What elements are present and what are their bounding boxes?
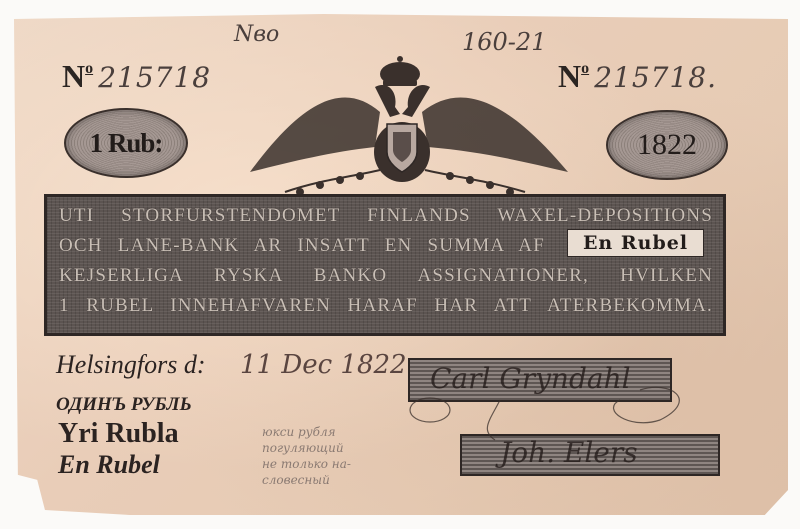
pencil-note-line: не только на- — [262, 456, 351, 472]
serial-right: No 215718. — [558, 58, 717, 95]
denomination-oval: 1 Rub: — [64, 108, 188, 178]
signature-flourish — [400, 380, 720, 460]
place-label: Helsingfors d: — [56, 350, 206, 380]
pencil-note-line: словесный — [262, 472, 351, 488]
swedish-denomination: En Rubel — [58, 450, 160, 480]
panel-line-3: KEJSERLIGA RYSKA BANKO ASSIGNATIONER, HV… — [59, 265, 713, 291]
year-text: 1822 — [637, 128, 697, 162]
finnish-denomination: Yri Rubla — [58, 418, 179, 450]
panel-line-4: 1 RUBEL INNEHAFVAREN HARAF HAR ATT ATERB… — [59, 295, 713, 321]
panel-line-2: OCH LANE-BANK AR INSATT EN SUMMA AF — [59, 235, 545, 261]
russian-denomination: Одинъ рубль — [56, 394, 192, 416]
pencil-note: юкси рубля погуляющий не только на- слов… — [262, 424, 351, 488]
handwritten-mark-top-left: Nво — [234, 22, 279, 47]
text-panel: UTI STORFURSTENDOMET FINLANDS WAXEL-DEPO… — [44, 194, 726, 336]
year-oval: 1822 — [606, 110, 728, 180]
pencil-note-line: юкси рубля — [262, 424, 351, 440]
date-handwritten: 11 Dec 1822 — [240, 350, 407, 380]
denomination-text: 1 Rub: — [90, 128, 163, 159]
pencil-note-line: погуляющий — [262, 440, 351, 456]
serial-number-left: 215718 — [98, 61, 211, 94]
numero-label: No — [62, 58, 93, 94]
double-headed-eagle-icon — [250, 52, 570, 202]
serial-number-right: 215718. — [594, 61, 717, 94]
serial-left: No 215718 — [62, 58, 211, 95]
amount-box: En Rubel — [567, 229, 704, 257]
panel-line-1: UTI STORFURSTENDOMET FINLANDS WAXEL-DEPO… — [59, 205, 713, 231]
